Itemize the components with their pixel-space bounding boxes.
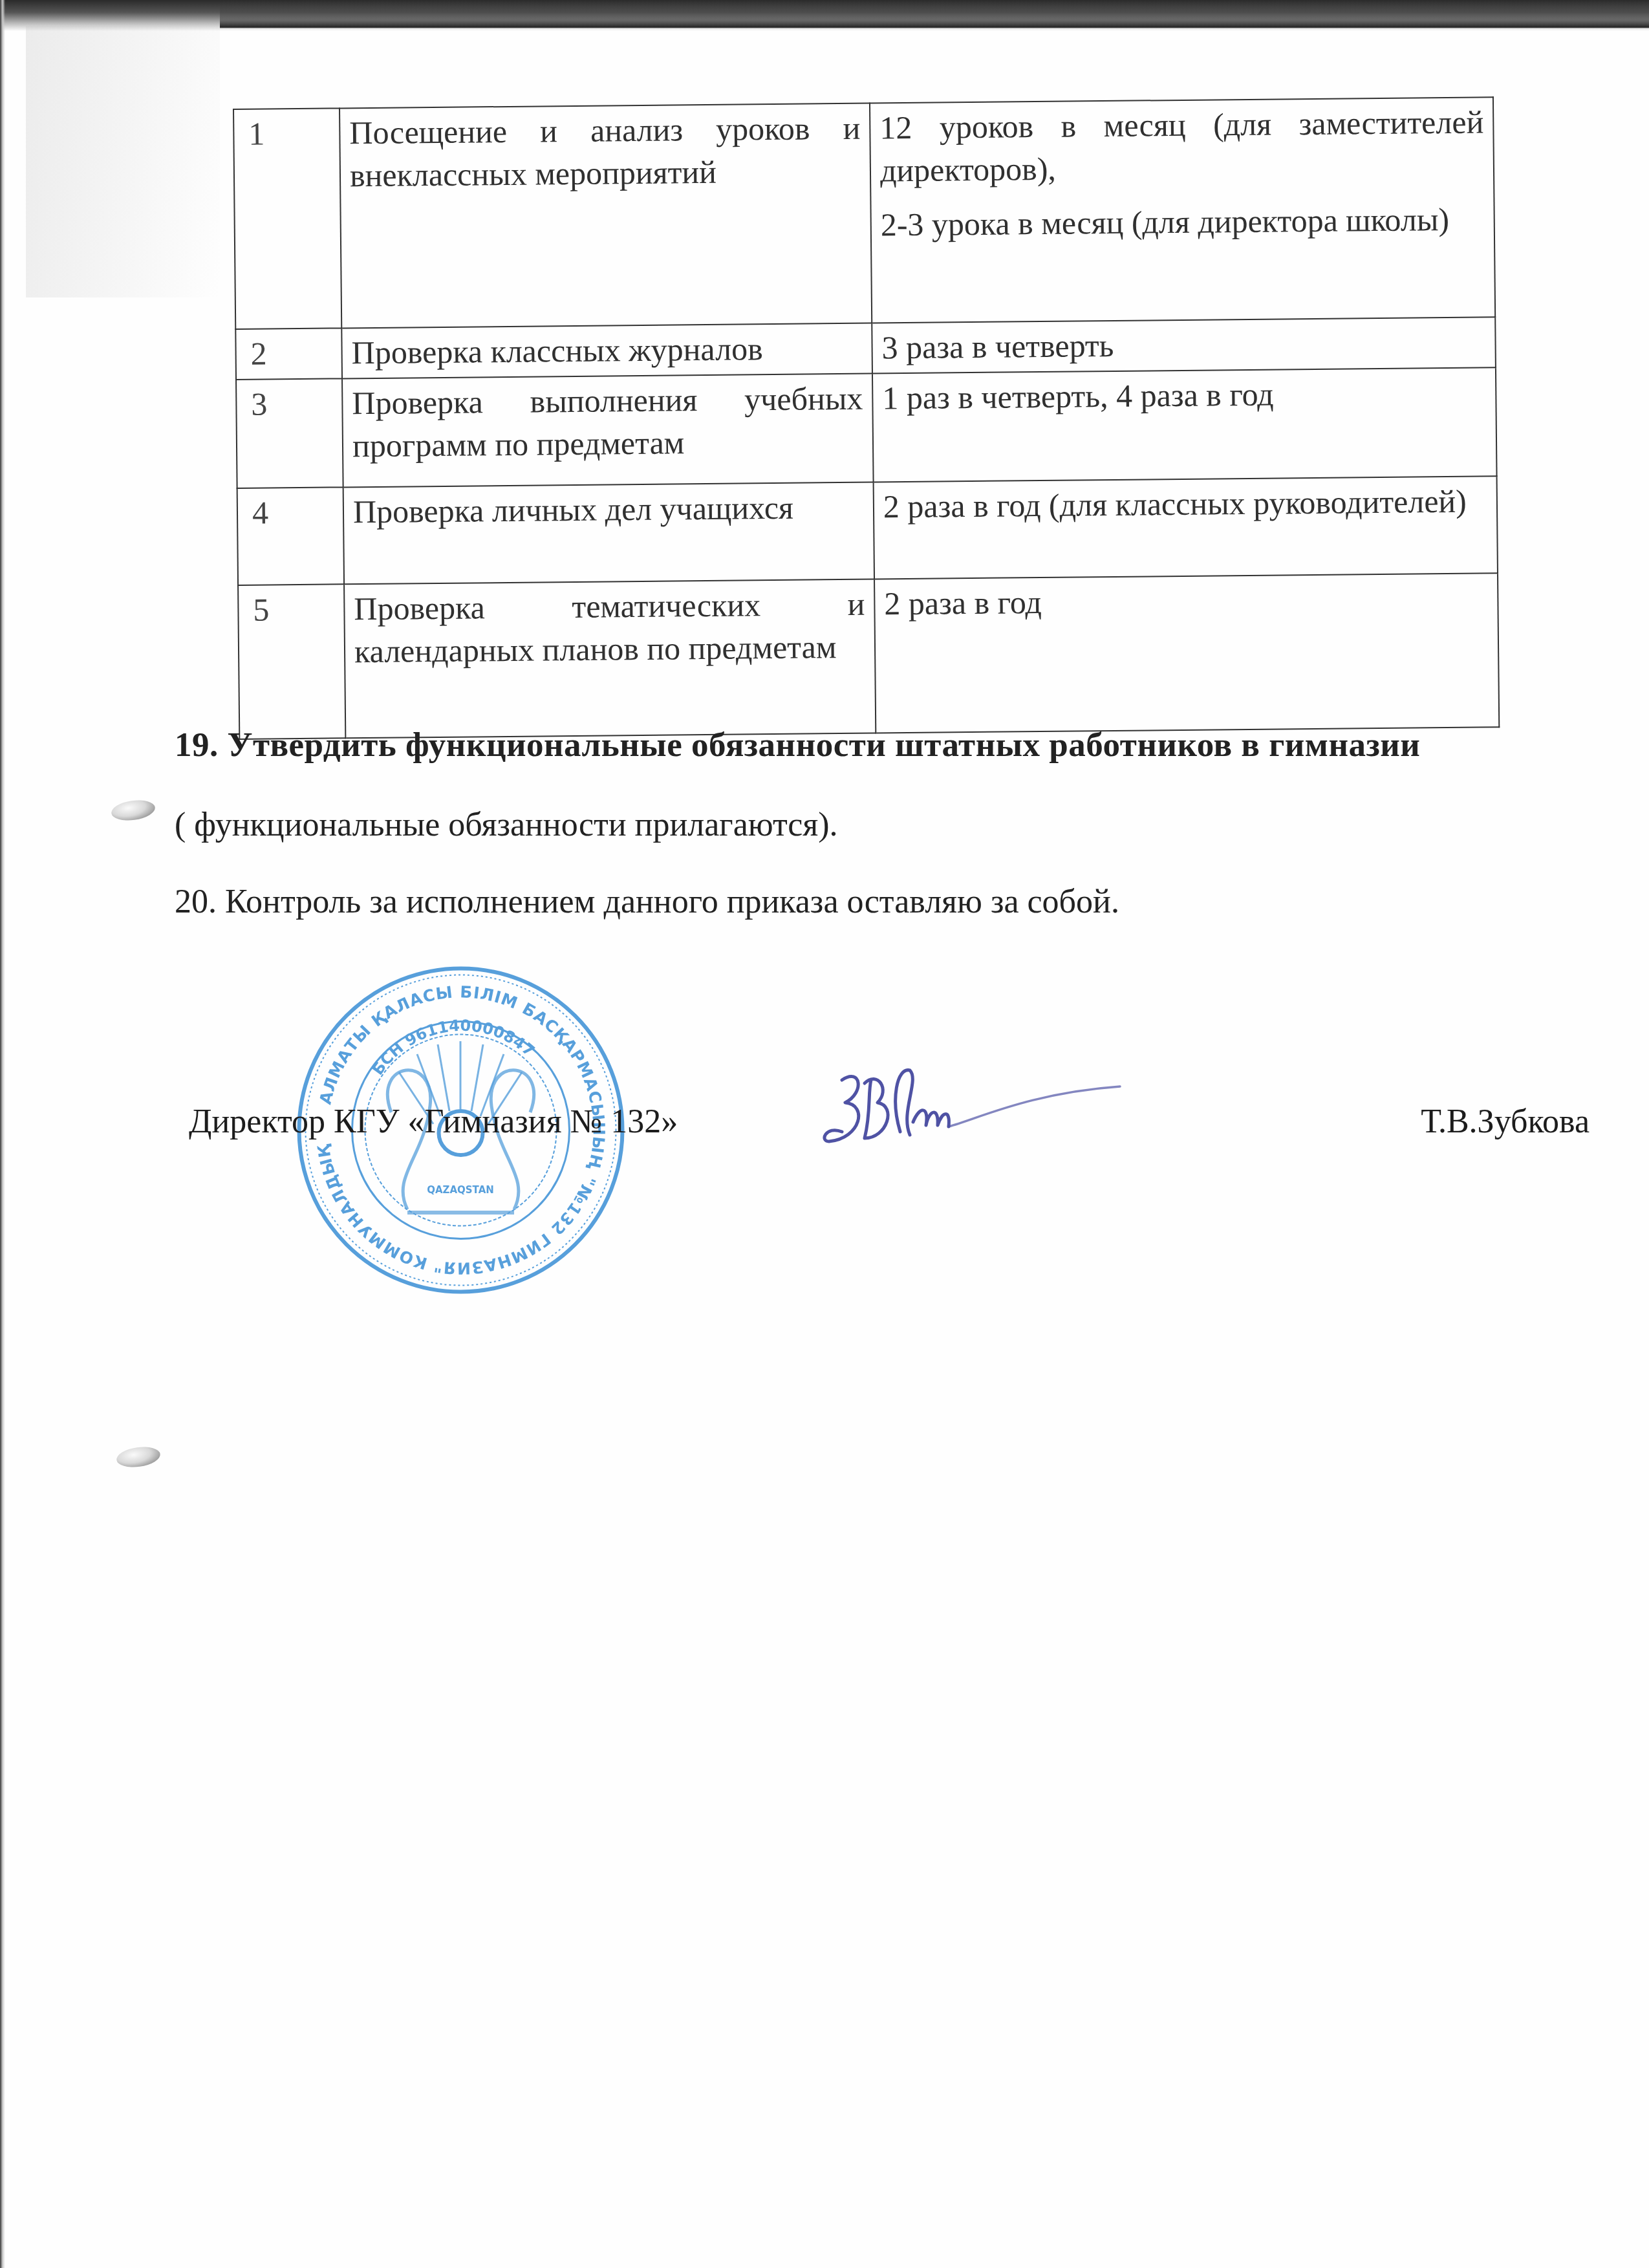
row-frequency: 3 раза в четверть	[872, 317, 1496, 373]
director-position: Директор КГУ «Гимназия № 132»	[189, 1103, 678, 1141]
row-task: Проверка выполнения учебных программ по …	[342, 374, 874, 488]
row-task: Посещение и анализ уроков и внеклассных …	[339, 103, 872, 329]
frequency-line: 2-3 урока в месяц (для директора школы)	[880, 197, 1485, 246]
row-number: 4	[237, 487, 344, 585]
item-19: 19. Утвердить функциональные обязанности…	[175, 726, 1420, 764]
frequency-line: 12 уроков в месяц (для заместителей дире…	[879, 100, 1484, 191]
frequency-line: 3 раза в четверть	[881, 320, 1486, 369]
row-number: 2	[235, 328, 342, 380]
table-row: 3Проверка выполнения учебных программ по…	[236, 367, 1497, 488]
frequency-line: 2 раза в год (для классных руководителей…	[883, 479, 1488, 528]
table-row: 1Посещение и анализ уроков и внеклассных…	[233, 97, 1495, 329]
director-name: Т.В.Зубкова	[1421, 1103, 1590, 1141]
scanner-edge-left	[0, 0, 5, 2268]
item-20: 20. Контроль за исполнением данного прик…	[175, 883, 1119, 921]
frequency-line: 2 раза в год	[884, 576, 1489, 625]
punch-hole-icon	[110, 797, 156, 823]
row-number: 1	[233, 108, 341, 329]
control-schedule-table: 1Посещение и анализ уроков и внеклассных…	[233, 96, 1500, 740]
row-task: Проверка тематических и календарных план…	[344, 579, 876, 739]
punch-hole-icon	[115, 1444, 162, 1469]
row-number: 3	[236, 378, 343, 488]
item-19-note: ( функциональные обязанности прилагаются…	[175, 806, 838, 844]
row-frequency: 2 раза в год	[874, 573, 1499, 733]
row-frequency: 1 раз в четверть, 4 раза в год	[872, 367, 1497, 482]
row-frequency: 12 уроков в месяц (для заместителей дире…	[870, 97, 1495, 323]
frequency-line: 1 раз в четверть, 4 раза в год	[882, 371, 1487, 419]
row-number: 5	[238, 584, 345, 739]
table-row: 4Проверка личных дел учащихся2 раза в го…	[237, 476, 1498, 585]
svg-text:QAZAQSTAN: QAZAQSTAN	[427, 1184, 494, 1196]
row-task: Проверка классных журналов	[341, 323, 872, 379]
paper-fold-shade	[26, 26, 220, 297]
row-task: Проверка личных дел учащихся	[343, 482, 874, 585]
scanner-shadow-band	[220, 0, 1649, 28]
handwritten-signature-icon	[816, 1054, 1126, 1158]
table-row: 5Проверка тематических и календарных пла…	[238, 573, 1499, 739]
row-frequency: 2 раза в год (для классных руководителей…	[874, 476, 1498, 579]
